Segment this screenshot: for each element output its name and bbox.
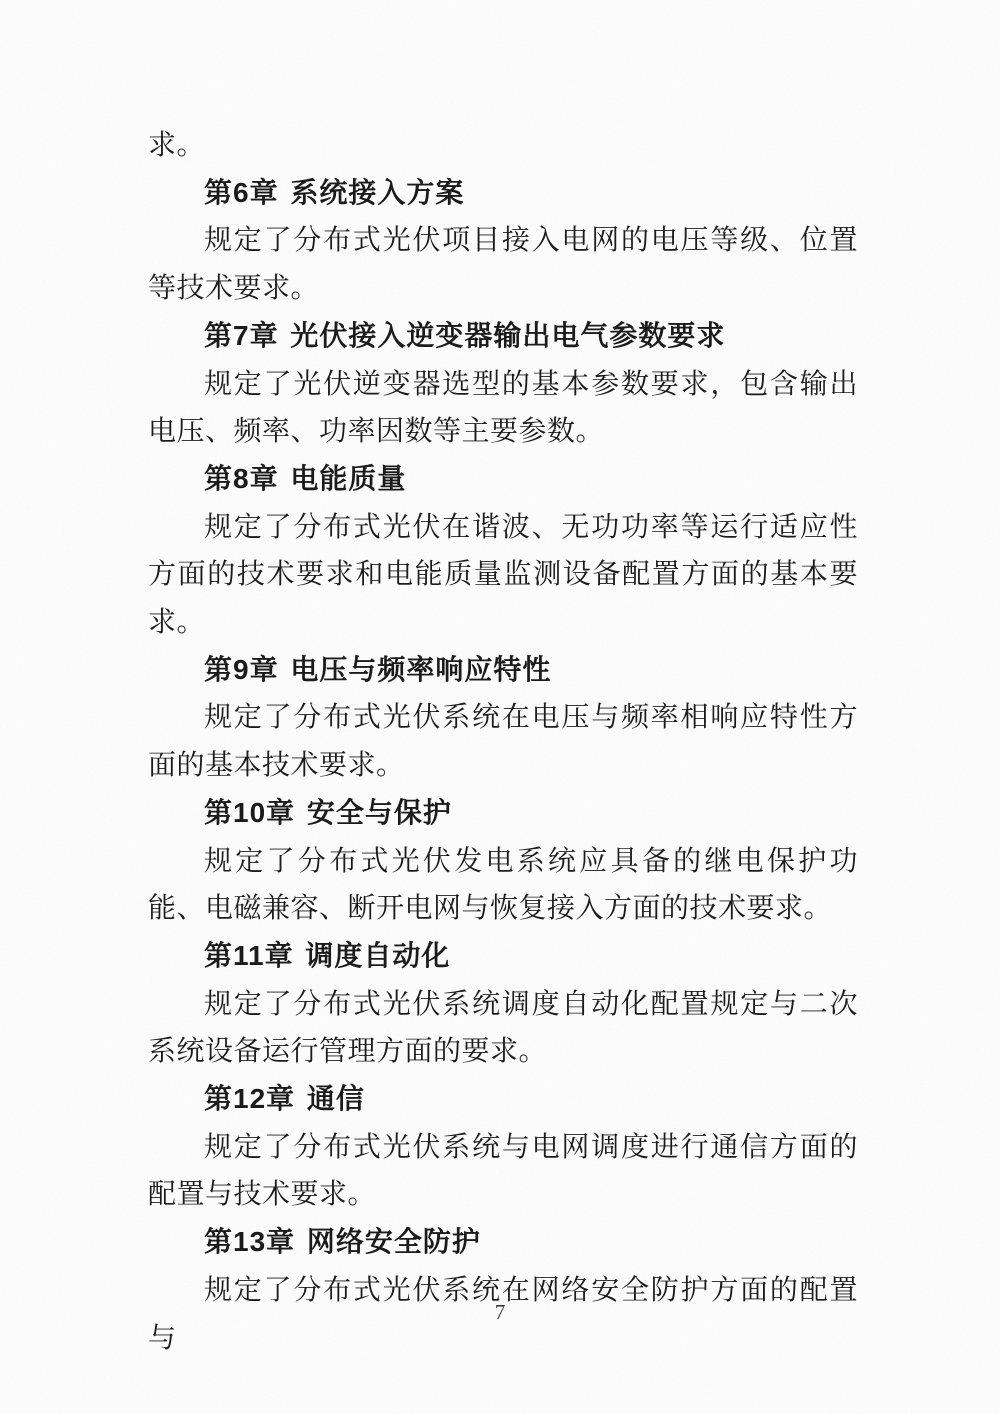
chapter-number: 第13章 — [204, 1226, 295, 1257]
chapter-title: 通信 — [307, 1083, 365, 1114]
chapter-title: 系统接入方案 — [290, 177, 464, 208]
document-page: 求。 第6章系统接入方案 规定了分布式光伏项目接入电网的电压等级、位置等技术要求… — [0, 0, 1000, 1414]
chapter-heading-7: 第7章光伏接入逆变器输出电气参数要求 — [148, 312, 858, 360]
chapter-description-9: 规定了分布式光伏系统在电压与频率相响应特性方面的基本技术要求。 — [148, 693, 858, 788]
chapter-description-7: 规定了光伏逆变器选型的基本参数要求，包含输出电压、频率、功率因数等主要参数。 — [148, 360, 858, 455]
chapter-title: 安全与保护 — [307, 797, 452, 828]
chapter-title: 电能质量 — [290, 463, 406, 494]
chapter-description-10: 规定了分布式光伏发电系统应具备的继电保护功能、电磁兼容、断开电网与恢复接入方面的… — [148, 837, 858, 932]
chapter-number: 第8章 — [204, 463, 279, 494]
chapter-title: 网络安全防护 — [307, 1226, 481, 1257]
chapter-heading-9: 第9章电压与频率响应特性 — [148, 646, 858, 694]
page-body-text: 求。 第6章系统接入方案 规定了分布式光伏项目接入电网的电压等级、位置等技术要求… — [148, 121, 858, 1361]
chapter-heading-8: 第8章电能质量 — [148, 455, 858, 503]
chapter-heading-6: 第6章系统接入方案 — [148, 169, 858, 217]
chapter-number: 第7章 — [204, 320, 279, 351]
chapter-description-11: 规定了分布式光伏系统调度自动化配置规定与二次系统设备运行管理方面的要求。 — [148, 980, 858, 1075]
chapter-heading-13: 第13章网络安全防护 — [148, 1218, 858, 1266]
chapter-heading-12: 第12章通信 — [148, 1075, 858, 1123]
chapter-number: 第9章 — [204, 654, 279, 685]
chapter-number: 第6章 — [204, 177, 279, 208]
page-footer: 7 — [0, 1300, 1000, 1325]
chapter-title: 调度自动化 — [305, 940, 450, 971]
chapter-description-8: 规定了分布式光伏在谐波、无功功率等运行适应性方面的技术要求和电能质量监测设备配置… — [148, 503, 858, 646]
chapter-title: 电压与频率响应特性 — [290, 654, 551, 685]
chapter-heading-10: 第10章安全与保护 — [148, 789, 858, 837]
chapter-description-12: 规定了分布式光伏系统与电网调度进行通信方面的配置与技术要求。 — [148, 1123, 858, 1218]
chapter-number: 第12章 — [204, 1083, 295, 1114]
paragraph-continuation: 求。 — [148, 121, 858, 169]
chapter-title: 光伏接入逆变器输出电气参数要求 — [290, 320, 725, 351]
chapter-number: 第11章 — [204, 940, 294, 971]
chapter-number: 第10章 — [204, 797, 295, 828]
chapter-description-6: 规定了分布式光伏项目接入电网的电压等级、位置等技术要求。 — [148, 216, 858, 311]
chapter-heading-11: 第11章调度自动化 — [148, 932, 858, 980]
page-number: 7 — [495, 1300, 506, 1324]
